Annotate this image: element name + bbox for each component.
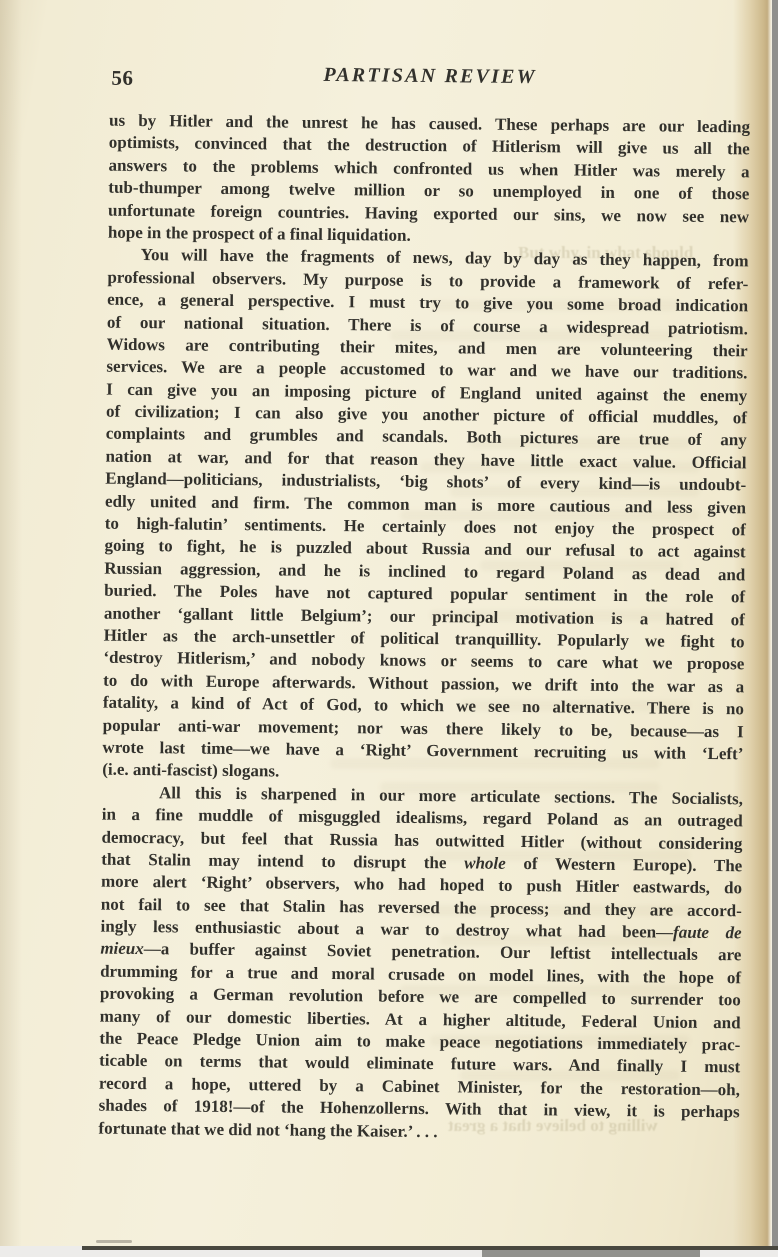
scanned-magazine-page: { "document": { "page_number": "56", "jo…	[0, 0, 778, 1257]
paragraph: You will have the fragments of news, day…	[102, 244, 749, 788]
page-scan: But why, in what shouldwilling to believ…	[0, 0, 772, 1248]
page-bottom-edge-shadow	[482, 1250, 700, 1257]
paragraph: us by Hitler and the unrest he has cause…	[108, 110, 750, 251]
scan-artifact-mark	[96, 1240, 132, 1243]
printed-content: 56 PARTISAN REVIEW us by Hitler and the …	[98, 61, 750, 1147]
scanner-background-right	[772, 0, 778, 1257]
body-text: us by Hitler and the unrest he has cause…	[98, 110, 750, 1147]
journal-title: PARTISAN REVIEW	[109, 62, 750, 92]
paragraph: All this is sharpened in our more articu…	[98, 781, 743, 1146]
